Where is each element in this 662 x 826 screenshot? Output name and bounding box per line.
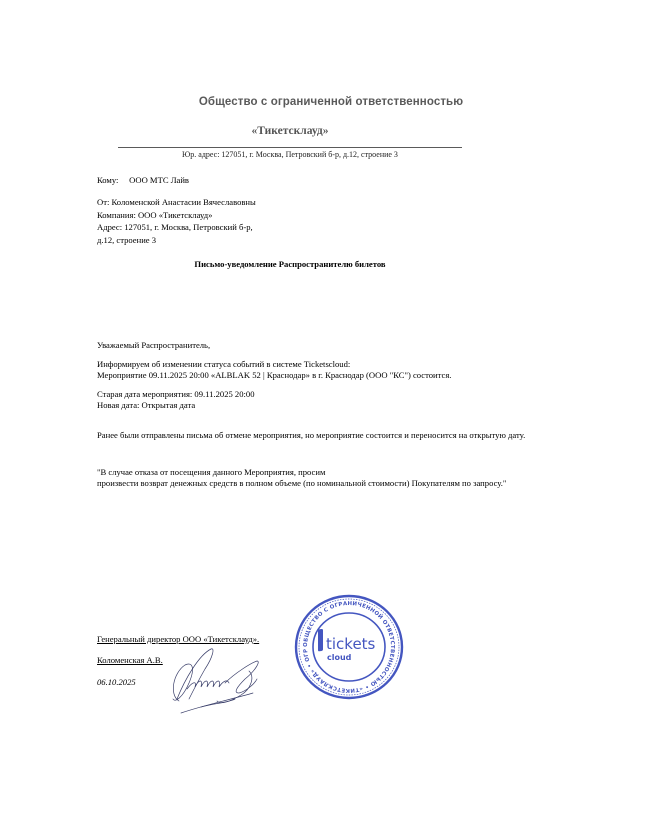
- handwritten-signature: [165, 643, 270, 715]
- sender-block: От: Коломенской Анастасии Вячеславовны К…: [97, 196, 256, 246]
- letterhead-org-name: Общество с ограниченной ответственностью: [0, 96, 662, 108]
- info-paragraph: Информируем об изменении статуса событий…: [97, 359, 451, 381]
- refund-quote: "В случае отказа от посещения данного Ме…: [97, 467, 506, 489]
- letterhead-divider: [118, 147, 462, 148]
- dates-block: Старая дата мероприятия: 09.11.2025 20:0…: [97, 389, 255, 411]
- recipient-label: Кому:: [97, 174, 127, 187]
- previous-notice: Ранее были отправлены письма об отмене м…: [97, 429, 525, 442]
- info-line-1: Информируем об изменении статуса событий…: [97, 359, 451, 370]
- recipient-value: ООО МТС Лайв: [129, 175, 189, 185]
- company-stamp: ОБЩЕСТВО С ОГРАНИЧЕННОЙ ОТВЕТСТВЕННОСТЬЮ…: [293, 593, 405, 701]
- letterhead-brand: «Тикетсклауд»: [0, 125, 580, 137]
- info-line-2: Мероприятие 09.11.2025 20:00 «ALBLAK 52 …: [97, 370, 451, 381]
- sender-from: От: Коломенской Анастасии Вячеславовны: [97, 196, 256, 209]
- greeting: Уважаемый Распространитель,: [97, 339, 210, 352]
- signature-date: 06.10.2025: [97, 676, 136, 689]
- sender-company: Компания: ООО «Тикетсклауд»: [97, 209, 256, 222]
- letter-title: Письмо-уведомление Распространителю биле…: [0, 259, 580, 269]
- stamp-logo-word1: tickets: [326, 635, 376, 653]
- new-date: Новая дата: Открытая дата: [97, 400, 255, 411]
- recipient: Кому: ООО МТС Лайв: [97, 174, 189, 187]
- sender-address-line2: д.12, строение 3: [97, 234, 256, 247]
- quote-line-1: "В случае отказа от посещения данного Ме…: [97, 467, 506, 478]
- stamp-logo-word2: cloud: [327, 653, 352, 662]
- old-date: Старая дата мероприятия: 09.11.2025 20:0…: [97, 389, 255, 400]
- legal-address: Юр. адрес: 127051, г. Москва, Петровский…: [0, 150, 580, 159]
- sender-address-line1: Адрес: 127051, г. Москва, Петровский б-р…: [97, 221, 256, 234]
- quote-line-2: произвести возврат денежных средств в по…: [97, 478, 506, 489]
- signatory-name: Коломенская А.В.: [97, 654, 163, 667]
